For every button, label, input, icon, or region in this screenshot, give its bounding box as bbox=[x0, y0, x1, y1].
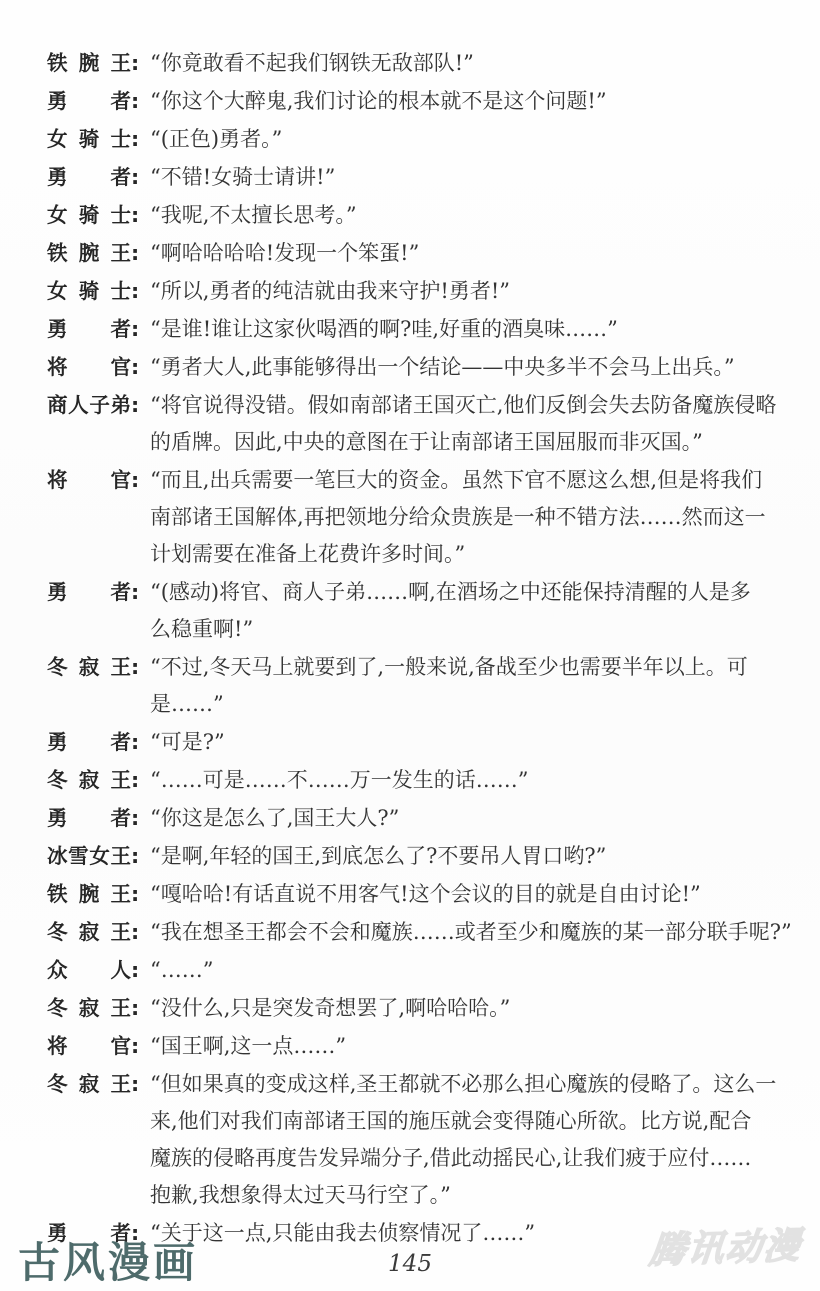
dialogue-text: “国王啊,这一点……” bbox=[150, 1028, 780, 1065]
dialogue-line: “……” bbox=[150, 952, 780, 989]
dialogue-line: “我呢,不太擅长思考。” bbox=[150, 197, 780, 234]
dialogue-entry: 冬寂王: “没什么,只是突发奇想罢了,啊哈哈哈。” bbox=[47, 990, 780, 1027]
dialogue-entry: 冰雪女王: “是啊,年轻的国王,到底怎么了?不要吊人胃口哟?” bbox=[47, 838, 780, 875]
dialogue-text: “(正色)勇者。” bbox=[150, 121, 780, 158]
dialogue-line: “将官说得没错。假如南部诸王国灭亡,他们反倒会失去防备魔族侵略 bbox=[150, 387, 780, 424]
dialogue-line: “我在想圣王都会不会和魔族……或者至少和魔族的某一部分联手呢?” bbox=[150, 914, 792, 951]
speaker-colon: : bbox=[131, 914, 139, 951]
speaker-colon: : bbox=[131, 649, 139, 686]
dialogue-entry: 将官: “而且,出兵需要一笔巨大的资金。虽然下官不愿这么想,但是将我们南部诸王国… bbox=[47, 462, 780, 573]
speaker-colon: : bbox=[131, 83, 139, 120]
speaker-label: 女骑士: bbox=[47, 273, 150, 310]
speaker-name: 铁腕王 bbox=[47, 876, 131, 913]
speaker-label: 勇者: bbox=[47, 83, 150, 120]
dialogue-line: “勇者大人,此事能够得出一个结论——中央多半不会马上出兵。” bbox=[150, 349, 780, 386]
dialogue-entry: 女骑士: “所以,勇者的纯洁就由我来守护!勇者!” bbox=[47, 273, 780, 310]
speaker-label: 勇者: bbox=[47, 724, 150, 761]
speaker-colon: : bbox=[131, 387, 139, 424]
speaker-label: 冬寂王: bbox=[47, 990, 150, 1027]
dialogue-line: “你这个大醉鬼,我们讨论的根本就不是这个问题!” bbox=[150, 83, 780, 120]
dialogue-text: “你这是怎么了,国王大人?” bbox=[150, 800, 780, 837]
speaker-label: 勇者: bbox=[47, 800, 150, 837]
dialogue-entry: 商人子弟: “将官说得没错。假如南部诸王国灭亡,他们反倒会失去防备魔族侵略的盾牌… bbox=[47, 387, 780, 461]
speaker-colon: : bbox=[131, 1028, 139, 1065]
speaker-label: 商人子弟: bbox=[47, 387, 150, 424]
dialogue-text: “所以,勇者的纯洁就由我来守护!勇者!” bbox=[150, 273, 780, 310]
speaker-label: 女骑士: bbox=[47, 121, 150, 158]
speaker-label: 冬寂王: bbox=[47, 914, 150, 951]
speaker-label: 铁腕王: bbox=[47, 876, 150, 913]
dialogue-text: “你这个大醉鬼,我们讨论的根本就不是这个问题!” bbox=[150, 83, 780, 120]
speaker-name: 冬寂王 bbox=[47, 990, 131, 1027]
dialogue-entry: 勇者: “不错!女骑士请讲!” bbox=[47, 159, 780, 196]
speaker-colon: : bbox=[131, 311, 139, 348]
dialogue-text: “我呢,不太擅长思考。” bbox=[150, 197, 780, 234]
speaker-name: 勇者 bbox=[47, 83, 131, 120]
speaker-name: 勇者 bbox=[47, 724, 131, 761]
speaker-colon: : bbox=[131, 876, 139, 913]
speaker-colon: : bbox=[131, 1066, 139, 1103]
speaker-label: 铁腕王: bbox=[47, 45, 150, 82]
speaker-colon: : bbox=[131, 800, 139, 837]
dialogue-line: “啊哈哈哈哈!发现一个笨蛋!” bbox=[150, 235, 780, 272]
speaker-name: 勇者 bbox=[47, 574, 131, 611]
speaker-name: 冰雪女王 bbox=[47, 838, 131, 875]
dialogue-line: 南部诸王国解体,再把领地分给众贵族是一种不错方法……然而这一 bbox=[150, 499, 780, 536]
dialogue-entry: 冬寂王: “但如果真的变成这样,圣王都就不必那么担心魔族的侵略了。这么一来,他们… bbox=[47, 1066, 780, 1214]
dialogue-entry: 勇者: “你这个大醉鬼,我们讨论的根本就不是这个问题!” bbox=[47, 83, 780, 120]
speaker-colon: : bbox=[131, 273, 139, 310]
dialogue-line: “你竟敢看不起我们钢铁无敌部队!” bbox=[150, 45, 780, 82]
dialogue-line: “是啊,年轻的国王,到底怎么了?不要吊人胃口哟?” bbox=[150, 838, 780, 875]
dialogue-entry: 铁腕王: “啊哈哈哈哈!发现一个笨蛋!” bbox=[47, 235, 780, 272]
speaker-label: 将官: bbox=[47, 349, 150, 386]
speaker-colon: : bbox=[131, 159, 139, 196]
dialogue-list: 铁腕王: “你竟敢看不起我们钢铁无敌部队!” 勇者: “你这个大醉鬼,我们讨论的… bbox=[47, 45, 780, 1253]
dialogue-text: “啊哈哈哈哈!发现一个笨蛋!” bbox=[150, 235, 780, 272]
dialogue-entry: 女骑士: “我呢,不太擅长思考。” bbox=[47, 197, 780, 234]
dialogue-line: “……可是……不……万一发生的话……” bbox=[150, 762, 780, 799]
speaker-label: 众人: bbox=[47, 952, 150, 989]
speaker-colon: : bbox=[131, 952, 139, 989]
dialogue-entry: 女骑士: “(正色)勇者。” bbox=[47, 121, 780, 158]
dialogue-text: “不错!女骑士请讲!” bbox=[150, 159, 780, 196]
dialogue-text: “是谁!谁让这家伙喝酒的啊?哇,好重的酒臭味……” bbox=[150, 311, 780, 348]
speaker-colon: : bbox=[131, 235, 139, 272]
speaker-colon: : bbox=[131, 462, 139, 499]
speaker-name: 将官 bbox=[47, 1028, 131, 1065]
dialogue-line: “但如果真的变成这样,圣王都就不必那么担心魔族的侵略了。这么一 bbox=[150, 1066, 780, 1103]
dialogue-line: “是谁!谁让这家伙喝酒的啊?哇,好重的酒臭味……” bbox=[150, 311, 780, 348]
speaker-label: 冰雪女王: bbox=[47, 838, 150, 875]
dialogue-line: “国王啊,这一点……” bbox=[150, 1028, 780, 1065]
speaker-label: 勇者: bbox=[47, 311, 150, 348]
speaker-label: 勇者: bbox=[47, 159, 150, 196]
speaker-name: 勇者 bbox=[47, 800, 131, 837]
dialogue-line: “可是?” bbox=[150, 724, 780, 761]
speaker-label: 冬寂王: bbox=[47, 762, 150, 799]
dialogue-entry: 勇者: “你这是怎么了,国王大人?” bbox=[47, 800, 780, 837]
speaker-colon: : bbox=[131, 574, 139, 611]
dialogue-line: “不错!女骑士请讲!” bbox=[150, 159, 780, 196]
speaker-name: 冬寂王 bbox=[47, 1066, 131, 1103]
dialogue-line: 是……” bbox=[150, 686, 780, 723]
dialogue-entry: 众人: “……” bbox=[47, 952, 780, 989]
dialogue-text: “将官说得没错。假如南部诸王国灭亡,他们反倒会失去防备魔族侵略的盾牌。因此,中央… bbox=[150, 387, 780, 461]
dialogue-text: “嘎哈哈!有话直说不用客气!这个会议的目的就是自由讨论!” bbox=[150, 876, 780, 913]
dialogue-line: “没什么,只是突发奇想罢了,啊哈哈哈。” bbox=[150, 990, 780, 1027]
dialogue-entry: 冬寂王: “……可是……不……万一发生的话……” bbox=[47, 762, 780, 799]
speaker-label: 勇者: bbox=[47, 574, 150, 611]
dialogue-line: 么稳重啊!” bbox=[150, 611, 780, 648]
speaker-colon: : bbox=[131, 724, 139, 761]
dialogue-line: “你这是怎么了,国王大人?” bbox=[150, 800, 780, 837]
dialogue-text: “你竟敢看不起我们钢铁无敌部队!” bbox=[150, 45, 780, 82]
speaker-name: 冬寂王 bbox=[47, 649, 131, 686]
speaker-name: 商人子弟 bbox=[47, 387, 131, 424]
speaker-label: 将官: bbox=[47, 1028, 150, 1065]
speaker-colon: : bbox=[131, 45, 139, 82]
dialogue-line: “而且,出兵需要一笔巨大的资金。虽然下官不愿这么想,但是将我们 bbox=[150, 462, 780, 499]
speaker-name: 铁腕王 bbox=[47, 45, 131, 82]
dialogue-line: 来,他们对我们南部诸王国的施压就会变得随心所欲。比方说,配合 bbox=[150, 1103, 780, 1140]
speaker-name: 将官 bbox=[47, 462, 131, 499]
speaker-colon: : bbox=[131, 349, 139, 386]
speaker-name: 勇者 bbox=[47, 311, 131, 348]
speaker-name: 女骑士 bbox=[47, 273, 131, 310]
dialogue-line: “不过,冬天马上就要到了,一般来说,备战至少也需要半年以上。可 bbox=[150, 649, 780, 686]
speaker-label: 将官: bbox=[47, 462, 150, 499]
dialogue-entry: 冬寂王: “我在想圣王都会不会和魔族……或者至少和魔族的某一部分联手呢?” bbox=[47, 914, 780, 951]
dialogue-entry: 冬寂王: “不过,冬天马上就要到了,一般来说,备战至少也需要半年以上。可是……” bbox=[47, 649, 780, 723]
dialogue-text: “我在想圣王都会不会和魔族……或者至少和魔族的某一部分联手呢?” bbox=[150, 914, 792, 951]
dialogue-entry: 铁腕王: “嘎哈哈!有话直说不用客气!这个会议的目的就是自由讨论!” bbox=[47, 876, 780, 913]
dialogue-text: “勇者大人,此事能够得出一个结论——中央多半不会马上出兵。” bbox=[150, 349, 780, 386]
dialogue-text: “(感动)将官、商人子弟……啊,在酒场之中还能保持清醒的人是多么稳重啊!” bbox=[150, 574, 780, 648]
dialogue-entry: 将官: “国王啊,这一点……” bbox=[47, 1028, 780, 1065]
dialogue-entry: 勇者: “(感动)将官、商人子弟……啊,在酒场之中还能保持清醒的人是多么稳重啊!… bbox=[47, 574, 780, 648]
dialogue-text: “而且,出兵需要一笔巨大的资金。虽然下官不愿这么想,但是将我们南部诸王国解体,再… bbox=[150, 462, 780, 573]
speaker-colon: : bbox=[131, 197, 139, 234]
dialogue-line: 计划需要在准备上花费许多时间。” bbox=[150, 536, 780, 573]
speaker-name: 铁腕王 bbox=[47, 235, 131, 272]
speaker-colon: : bbox=[131, 838, 139, 875]
speaker-label: 铁腕王: bbox=[47, 235, 150, 272]
dialogue-line: 的盾牌。因此,中央的意图在于让南部诸王国屈服而非灭国。” bbox=[150, 424, 780, 461]
dialogue-line: 抱歉,我想象得太过天马行空了。” bbox=[150, 1177, 780, 1214]
speaker-colon: : bbox=[131, 990, 139, 1027]
dialogue-entry: 铁腕王: “你竟敢看不起我们钢铁无敌部队!” bbox=[47, 45, 780, 82]
speaker-name: 冬寂王 bbox=[47, 914, 131, 951]
dialogue-text: “不过,冬天马上就要到了,一般来说,备战至少也需要半年以上。可是……” bbox=[150, 649, 780, 723]
dialogue-text: “可是?” bbox=[150, 724, 780, 761]
speaker-colon: : bbox=[131, 762, 139, 799]
speaker-name: 女骑士 bbox=[47, 197, 131, 234]
speaker-label: 冬寂王: bbox=[47, 649, 150, 686]
speaker-label: 女骑士: bbox=[47, 197, 150, 234]
dialogue-line: “嘎哈哈!有话直说不用客气!这个会议的目的就是自由讨论!” bbox=[150, 876, 780, 913]
speaker-name: 将官 bbox=[47, 349, 131, 386]
dialogue-line: “所以,勇者的纯洁就由我来守护!勇者!” bbox=[150, 273, 780, 310]
dialogue-text: “……可是……不……万一发生的话……” bbox=[150, 762, 780, 799]
dialogue-text: “但如果真的变成这样,圣王都就不必那么担心魔族的侵略了。这么一来,他们对我们南部… bbox=[150, 1066, 780, 1214]
speaker-name: 女骑士 bbox=[47, 121, 131, 158]
dialogue-text: “没什么,只是突发奇想罢了,啊哈哈哈。” bbox=[150, 990, 780, 1027]
dialogue-text: “……” bbox=[150, 952, 780, 989]
dialogue-text: “是啊,年轻的国王,到底怎么了?不要吊人胃口哟?” bbox=[150, 838, 780, 875]
dialogue-entry: 将官: “勇者大人,此事能够得出一个结论——中央多半不会马上出兵。” bbox=[47, 349, 780, 386]
speaker-colon: : bbox=[131, 121, 139, 158]
speaker-name: 众人 bbox=[47, 952, 131, 989]
dialogue-line: “(正色)勇者。” bbox=[150, 121, 780, 158]
speaker-name: 勇者 bbox=[47, 159, 131, 196]
scanned-script-page: 铁腕王: “你竟敢看不起我们钢铁无敌部队!” 勇者: “你这个大醉鬼,我们讨论的… bbox=[0, 0, 820, 1291]
dialogue-entry: 勇者: “可是?” bbox=[47, 724, 780, 761]
tencent-comics-watermark: 腾讯动漫 bbox=[647, 1217, 804, 1274]
speaker-label: 冬寂王: bbox=[47, 1066, 150, 1103]
dialogue-line: 魔族的侵略再度告发异端分子,借此动摇民心,让我们疲于应付…… bbox=[150, 1140, 780, 1177]
dialogue-entry: 勇者: “是谁!谁让这家伙喝酒的啊?哇,好重的酒臭味……” bbox=[47, 311, 780, 348]
dialogue-line: “(感动)将官、商人子弟……啊,在酒场之中还能保持清醒的人是多 bbox=[150, 574, 780, 611]
speaker-name: 冬寂王 bbox=[47, 762, 131, 799]
